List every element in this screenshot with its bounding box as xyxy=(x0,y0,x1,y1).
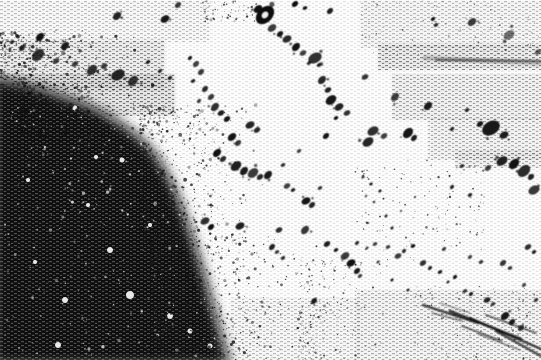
grunge-texture-canvas xyxy=(0,0,541,360)
ink-splatter-artwork xyxy=(0,0,541,360)
grunge-texture-figure xyxy=(0,0,541,360)
